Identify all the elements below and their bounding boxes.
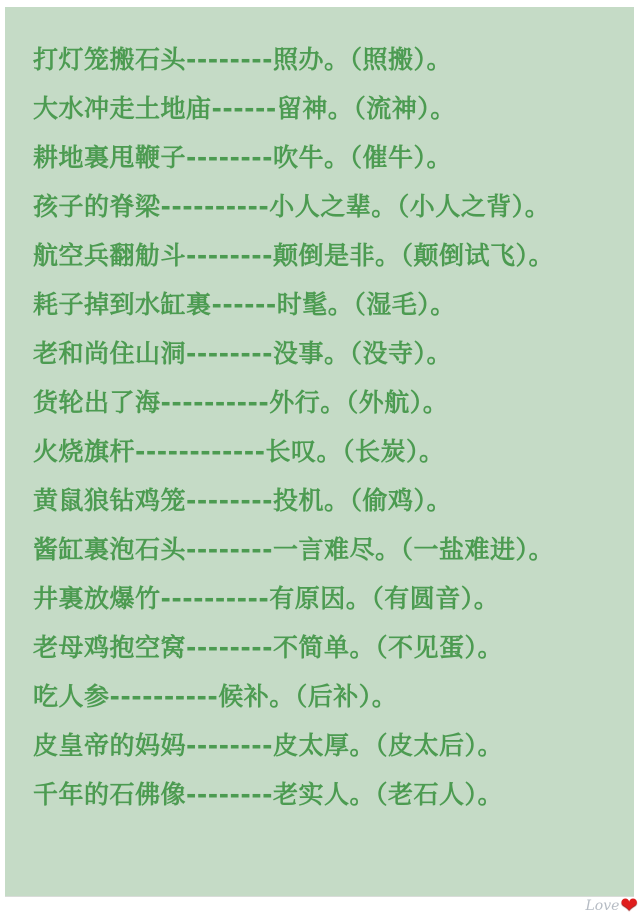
content-panel: 打灯笼搬石头--------照办。（照搬）。 大水冲走土地庙------留神。（… [5,7,634,897]
saying-line-6: 耗子掉到水缸裏------时髦。（湿毛）。 [33,278,624,327]
saying-line-1: 打灯笼搬石头--------照办。（照搬）。 [33,33,624,82]
saying-line-4: 孩子的脊梁----------小人之辈。（小人之背）。 [33,180,624,229]
saying-line-12: 井裏放爆竹----------有原因。（有圆音）。 [33,572,624,621]
saying-line-11: 酱缸裏泡石头--------一言难尽。（一盐难进）。 [33,523,624,572]
saying-line-2: 大水冲走土地庙------留神。（流神）。 [33,82,624,131]
saying-line-14: 吃人参----------候补。（后补）。 [33,670,624,719]
saying-line-5: 航空兵翻觔斗--------颠倒是非。（颠倒试飞）。 [33,229,624,278]
sayings-list: 打灯笼搬石头--------照办。（照搬）。 大水冲走土地庙------留神。（… [5,7,634,817]
watermark-love-text: Love [585,899,619,916]
saying-line-7: 老和尚住山洞--------没事。（没寺）。 [33,327,624,376]
saying-line-16: 千年的石佛像--------老实人。（老石人）。 [33,768,624,817]
saying-line-15: 皮皇帝的妈妈--------皮太厚。（皮太后）。 [33,719,624,768]
saying-line-13: 老母鸡抱空窝--------不简单。（不见蛋）。 [33,621,624,670]
page-background: 打灯笼搬石头--------照办。（照搬）。 大水冲走土地庙------留神。（… [0,0,640,918]
watermark: Love ❤ [585,895,638,916]
saying-line-10: 黄鼠狼钻鸡笼--------投机。（偷鸡）。 [33,474,624,523]
saying-line-3: 耕地裏甩鞭子--------吹牛。（催牛）。 [33,131,624,180]
heart-icon: ❤ [620,895,638,916]
saying-line-8: 货轮出了海----------外行。（外航）。 [33,376,624,425]
saying-line-9: 火烧旗杆------------长叹。（长炭）。 [33,425,624,474]
